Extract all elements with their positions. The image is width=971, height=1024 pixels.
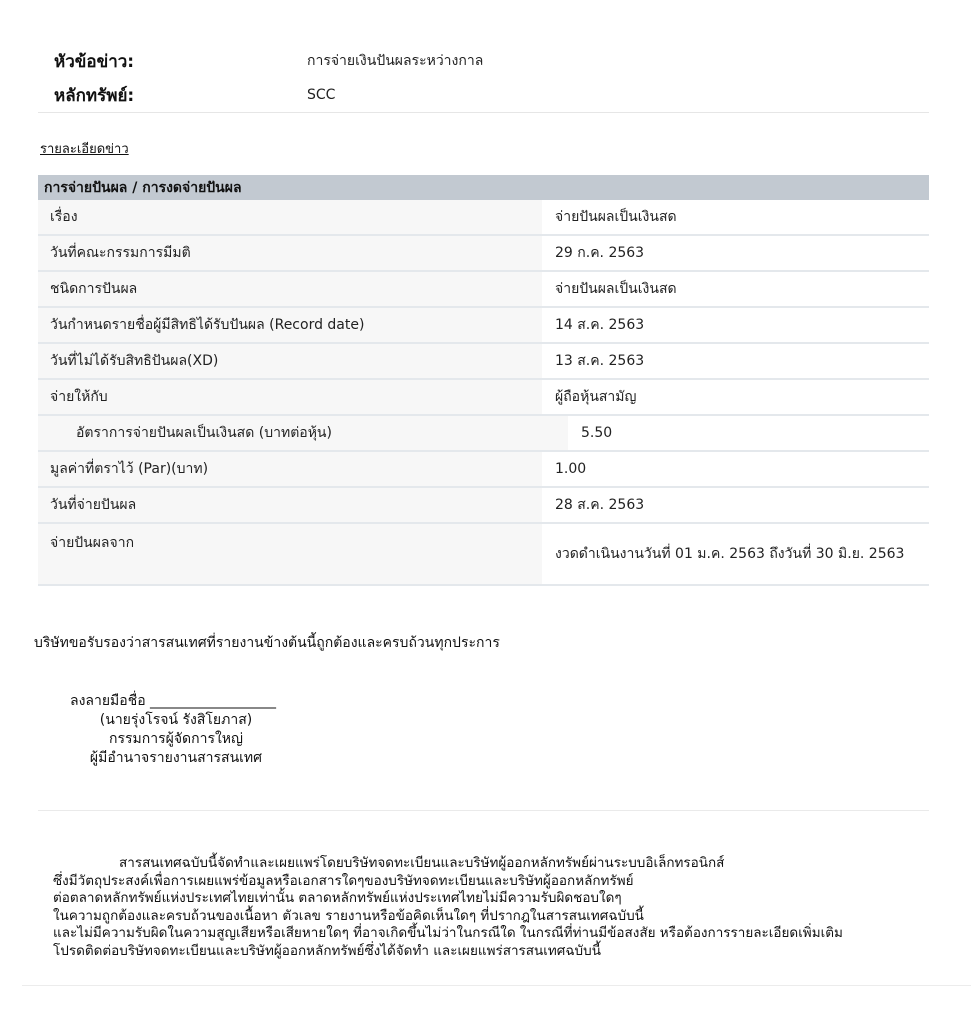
table-row: วันที่คณะกรรมการมีมติ 29 ก.ค. 2563: [38, 236, 929, 272]
signature-line: ลงลายมือชื่อ __________________: [70, 692, 282, 711]
row-label: ชนิดการปันผล: [38, 272, 542, 306]
footer-divider: [22, 985, 971, 986]
security-row: หลักทรัพย์: SCC: [54, 78, 483, 112]
disclaimer-line: ต่อตลาดหลักทรัพย์แห่งประเทศไทยเท่านั้น ต…: [53, 890, 843, 908]
row-label: วันที่คณะกรรมการมีมติ: [38, 236, 542, 270]
disclaimer-line: ในความถูกต้องและครบถ้วนของเนื้อหา ตัวเลข…: [53, 908, 843, 926]
table-title: การจ่ายปันผล / การงดจ่ายปันผล: [38, 175, 929, 200]
section-divider: [38, 810, 929, 811]
disclaimer-line: โปรดติดต่อบริษัทจดทะเบียนและบริษัทผู้ออก…: [53, 943, 843, 961]
table-row: จ่ายให้กับ ผู้ถือหุ้นสามัญ: [38, 380, 929, 416]
row-label: วันที่ไม่ได้รับสิทธิปันผล(XD): [38, 344, 542, 378]
table-row: วันที่จ่ายปันผล 28 ส.ค. 2563: [38, 488, 929, 524]
table-row: จ่ายปันผลจาก งวดดำเนินงานวันที่ 01 ม.ค. …: [38, 524, 929, 586]
row-label: วันที่จ่ายปันผล: [38, 488, 542, 522]
row-value: 13 ส.ค. 2563: [542, 344, 929, 378]
security-value: SCC: [307, 87, 335, 103]
table-row: วันกำหนดรายชื่อผู้มีสิทธิได้รับปันผล (Re…: [38, 308, 929, 344]
signatory-authority: ผู้มีอำนาจรายงานสารสนเทศ: [70, 749, 282, 768]
subject-value: การจ่ายเงินปันผลระหว่างกาล: [307, 50, 483, 72]
header-divider: [38, 112, 929, 113]
signatory-position: กรรมการผู้จัดการใหญ่: [70, 730, 282, 749]
disclaimer-line: สารสนเทศฉบับนี้จัดทำและเผยแพร่โดยบริษัทจ…: [53, 855, 843, 873]
security-label: หลักทรัพย์:: [54, 82, 307, 109]
row-label: จ่ายปันผลจาก: [38, 524, 542, 584]
certification-text: บริษัทขอรับรองว่าสารสนเทศที่รายงานข้างต้…: [34, 632, 500, 654]
row-value: 29 ก.ค. 2563: [542, 236, 929, 270]
news-detail-link[interactable]: รายละเอียดข่าว: [40, 138, 129, 159]
subject-row: หัวข้อข่าว: การจ่ายเงินปันผลระหว่างกาล: [54, 44, 483, 78]
row-value: 1.00: [542, 452, 929, 486]
table-row: เรื่อง จ่ายปันผลเป็นเงินสด: [38, 200, 929, 236]
row-label: จ่ายให้กับ: [38, 380, 542, 414]
disclaimer: สารสนเทศฉบับนี้จัดทำและเผยแพร่โดยบริษัทจ…: [53, 855, 843, 961]
row-label: มูลค่าที่ตราไว้ (Par)(บาท): [38, 452, 542, 486]
row-value: 28 ส.ค. 2563: [542, 488, 929, 522]
row-label: อัตราการจ่ายปันผลเป็นเงินสด (บาทต่อหุ้น): [38, 416, 568, 450]
table-row: อัตราการจ่ายปันผลเป็นเงินสด (บาทต่อหุ้น)…: [38, 416, 929, 452]
table-row: มูลค่าที่ตราไว้ (Par)(บาท) 1.00: [38, 452, 929, 488]
disclaimer-line: และไม่มีความรับผิดในความสูญเสียหรือเสียห…: [53, 925, 843, 943]
row-value: 14 ส.ค. 2563: [542, 308, 929, 342]
dividend-table: การจ่ายปันผล / การงดจ่ายปันผล เรื่อง จ่า…: [38, 175, 929, 586]
row-value: จ่ายปันผลเป็นเงินสด: [542, 272, 929, 306]
row-value: ผู้ถือหุ้นสามัญ: [542, 380, 929, 414]
row-label: เรื่อง: [38, 200, 542, 234]
table-row: วันที่ไม่ได้รับสิทธิปันผล(XD) 13 ส.ค. 25…: [38, 344, 929, 380]
row-label: วันกำหนดรายชื่อผู้มีสิทธิได้รับปันผล (Re…: [38, 308, 542, 342]
table-row: ชนิดการปันผล จ่ายปันผลเป็นเงินสด: [38, 272, 929, 308]
subject-label: หัวข้อข่าว:: [54, 48, 307, 75]
signatory-name: (นายรุ่งโรจน์ รังสิโยภาส): [70, 711, 282, 730]
row-value: จ่ายปันผลเป็นเงินสด: [542, 200, 929, 234]
row-value: งวดดำเนินงานวันที่ 01 ม.ค. 2563 ถึงวันที…: [542, 524, 929, 584]
disclaimer-line: ซึ่งมีวัตถุประสงค์เพื่อการเผยแพร่ข้อมูลห…: [53, 873, 843, 891]
signature-block: ลงลายมือชื่อ __________________ (นายรุ่ง…: [70, 692, 282, 768]
row-value: 5.50: [568, 416, 929, 450]
news-header: หัวข้อข่าว: การจ่ายเงินปันผลระหว่างกาล ห…: [54, 44, 483, 112]
